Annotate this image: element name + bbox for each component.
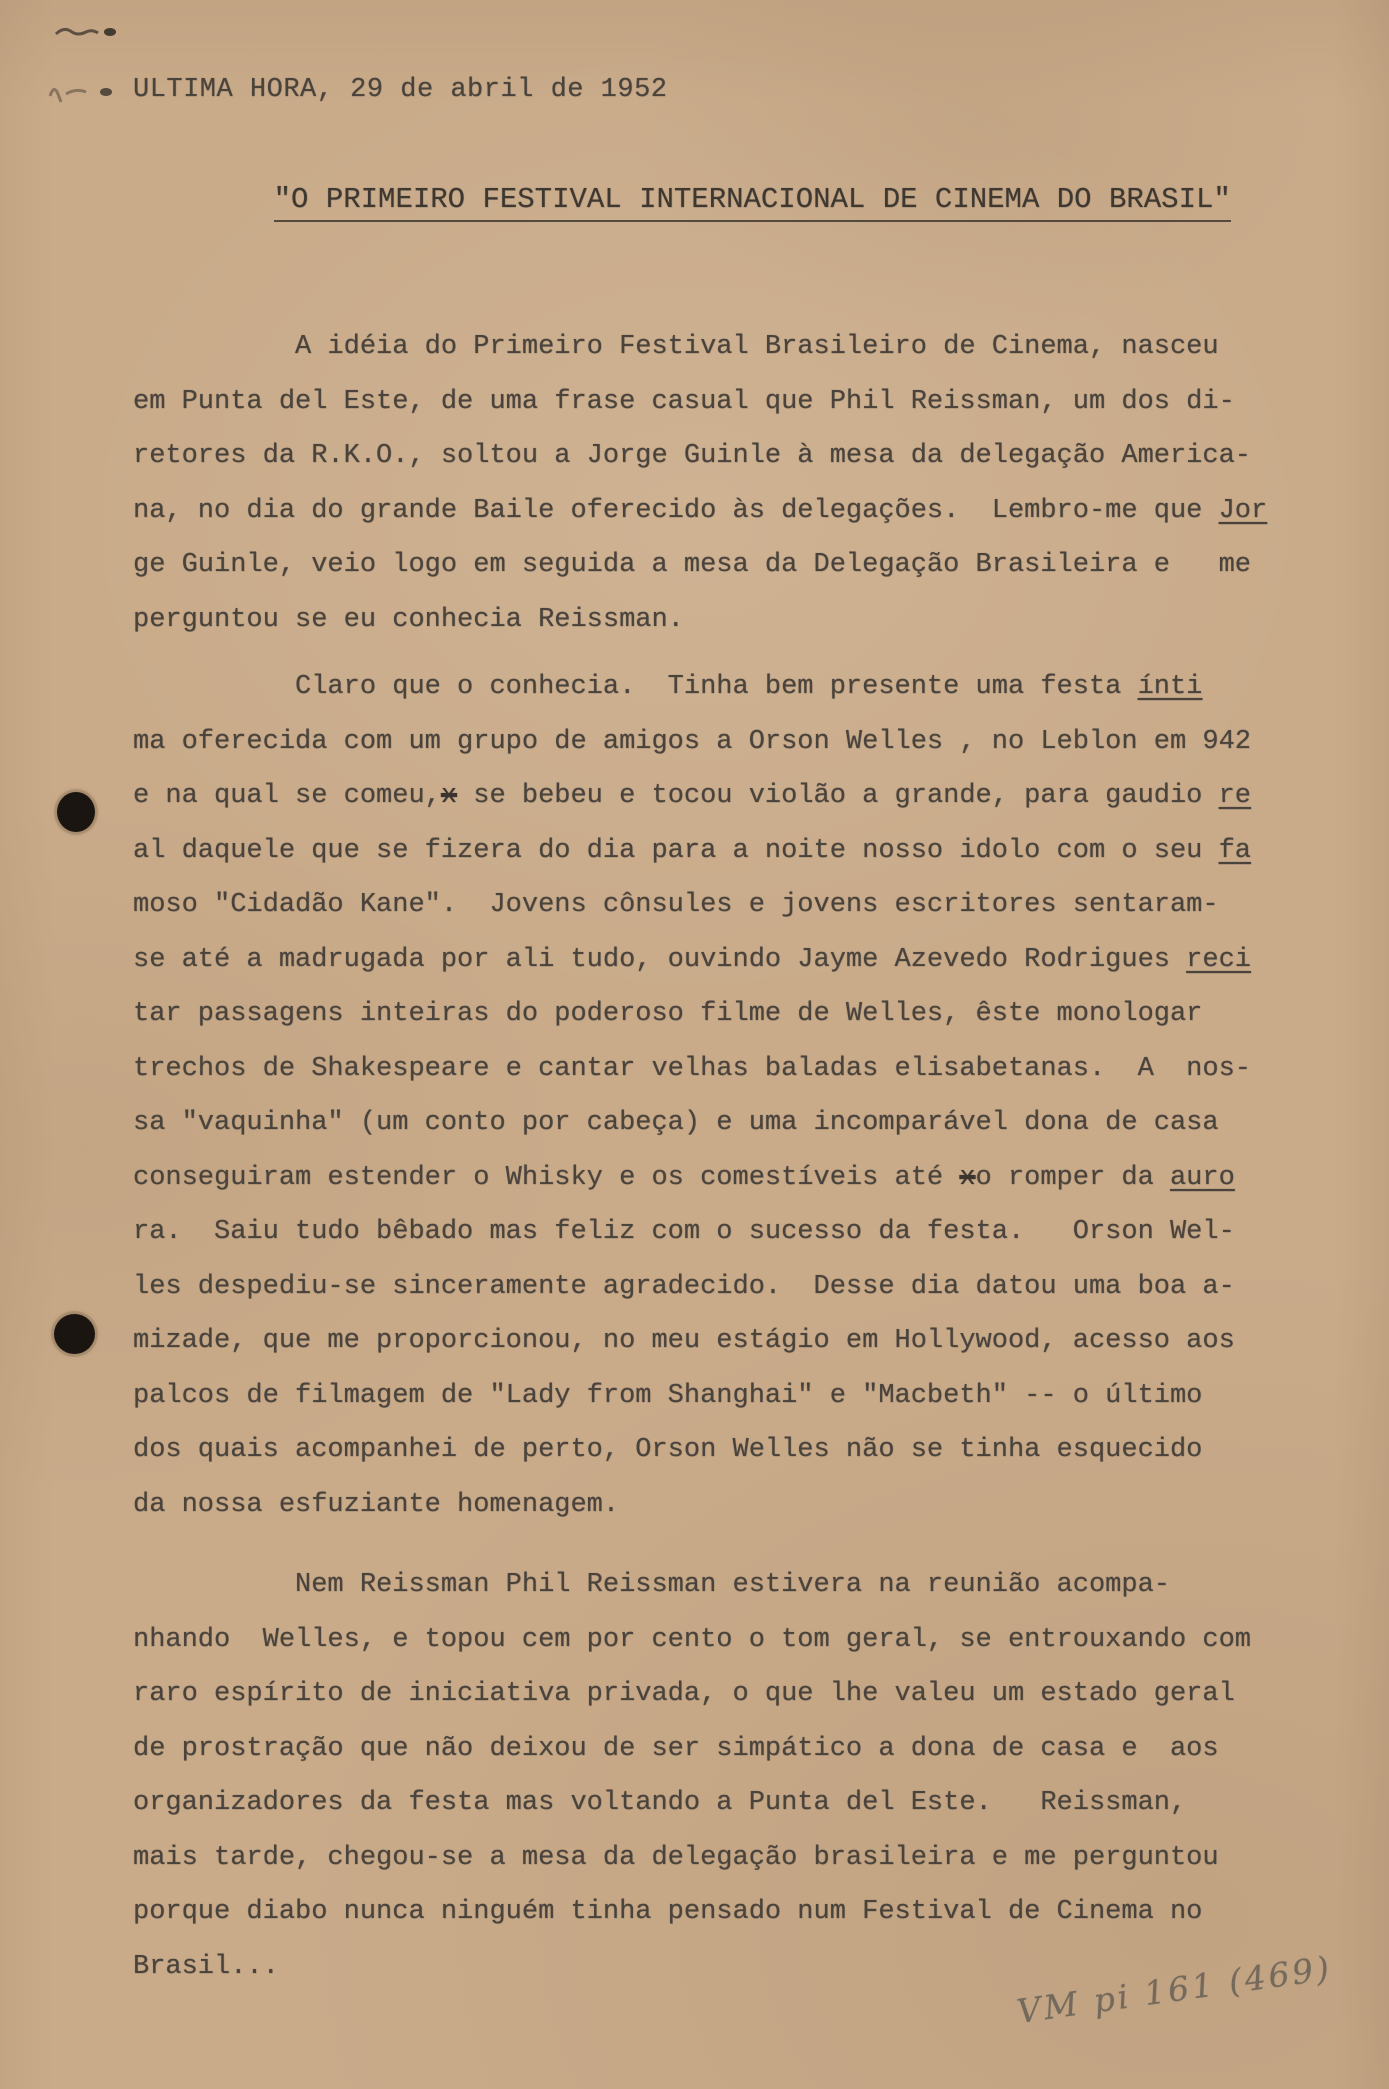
text-line: moso "Cidadão Kane". Jovens cônsules e j…: [133, 878, 1267, 933]
text-line: ma oferecida com um grupo de amigos a Or…: [133, 715, 1267, 770]
text-segment: Nem Reissman Phil Reissman estivera na r…: [133, 1570, 1170, 1600]
text-segment: tar passagens inteiras do poderoso filme…: [133, 999, 1202, 1029]
document-title: "O PRIMEIRO FESTIVAL INTERNACIONAL DE CI…: [204, 150, 1231, 249]
paragraph: Nem Reissman Phil Reissman estivera na r…: [133, 1558, 1267, 1994]
text-line: nhando Welles, e topou cem por cento o t…: [133, 1613, 1267, 1668]
text-line: se até a madrugada por ali tudo, ouvindo…: [133, 933, 1267, 988]
text-segment: de prostração que não deixou de ser simp…: [133, 1734, 1219, 1764]
text-line: raro espírito de iniciativa privada, o q…: [133, 1667, 1267, 1722]
document-title-text: "O PRIMEIRO FESTIVAL INTERNACIONAL DE CI…: [274, 183, 1231, 222]
text-segment: conseguiram estender o Whisky e os comes…: [133, 1163, 959, 1193]
text-segment: Claro que o conhecia. Tinha bem presente…: [133, 672, 1138, 702]
text-segment: sa "vaquinha" (um conto por cabeça) e um…: [133, 1108, 1219, 1138]
struck-segment: x: [959, 1163, 975, 1193]
text-segment: Brasil...: [133, 1952, 279, 1982]
text-line: les despediu-se sinceramente agradecido.…: [133, 1260, 1267, 1315]
text-line: Claro que o conhecia. Tinha bem presente…: [133, 660, 1267, 715]
text-segment: e na qual se comeu,: [133, 781, 441, 811]
text-segment: perguntou se eu conhecia Reissman.: [133, 605, 684, 635]
text-segment: dos quais acompanhei de perto, Orson Wel…: [133, 1435, 1202, 1465]
corner-scribble-top: [52, 18, 142, 58]
underlined-segment: reci: [1186, 945, 1251, 975]
text-line: al daquele que se fizera do dia para a n…: [133, 824, 1267, 879]
document-page: ULTIMA HORA, 29 de abril de 1952 "O PRIM…: [0, 0, 1389, 2089]
document-header: ULTIMA HORA, 29 de abril de 1952: [133, 75, 667, 105]
text-segment: mizade, que me proporcionou, no meu está…: [133, 1326, 1235, 1356]
text-segment: les despediu-se sinceramente agradecido.…: [133, 1272, 1235, 1302]
text-line: de prostração que não deixou de ser simp…: [133, 1722, 1267, 1777]
text-segment: se até a madrugada por ali tudo, ouvindo…: [133, 945, 1186, 975]
text-line: mais tarde, chegou-se a mesa da delegaçã…: [133, 1831, 1267, 1886]
document-body: A idéia do Primeiro Festival Brasileiro …: [133, 320, 1267, 1994]
text-segment: na, no dia do grande Baile oferecido às …: [133, 496, 1219, 526]
text-segment: se bebeu e tocou violão a grande, para g…: [457, 781, 1219, 811]
punch-hole-bottom: [54, 1314, 95, 1354]
text-line: conseguiram estender o Whisky e os comes…: [133, 1151, 1267, 1206]
underlined-segment: re: [1219, 781, 1251, 811]
text-segment: da nossa esfuziante homenagem.: [133, 1490, 619, 1520]
text-segment: em Punta del Este, de uma frase casual q…: [133, 387, 1235, 417]
text-segment: ma oferecida com um grupo de amigos a Or…: [133, 727, 1251, 757]
text-line: tar passagens inteiras do poderoso filme…: [133, 987, 1267, 1042]
text-line: A idéia do Primeiro Festival Brasileiro …: [133, 320, 1267, 375]
text-segment: ra. Saiu tudo bêbado mas feliz com o suc…: [133, 1217, 1235, 1247]
text-line: em Punta del Este, de uma frase casual q…: [133, 375, 1267, 430]
text-segment: retores da R.K.O., soltou a Jorge Guinle…: [133, 441, 1251, 471]
text-line: e na qual se comeu,x se bebeu e tocou vi…: [133, 769, 1267, 824]
underlined-segment: auro: [1170, 1163, 1235, 1193]
paragraph: Claro que o conhecia. Tinha bem presente…: [133, 660, 1267, 1532]
punch-hole-top: [57, 792, 95, 832]
text-segment: porque diabo nunca ninguém tinha pensado…: [133, 1897, 1202, 1927]
text-segment: ge Guinle, veio logo em seguida a mesa d…: [133, 550, 1251, 580]
text-line: sa "vaquinha" (um conto por cabeça) e um…: [133, 1096, 1267, 1151]
text-segment: al daquele que se fizera do dia para a n…: [133, 836, 1219, 866]
text-line: ge Guinle, veio logo em seguida a mesa d…: [133, 538, 1267, 593]
text-segment: A idéia do Primeiro Festival Brasileiro …: [133, 332, 1219, 362]
text-line: na, no dia do grande Baile oferecido às …: [133, 484, 1267, 539]
text-line: dos quais acompanhei de perto, Orson Wel…: [133, 1423, 1267, 1478]
text-line: retores da R.K.O., soltou a Jorge Guinle…: [133, 429, 1267, 484]
text-line: perguntou se eu conhecia Reissman.: [133, 593, 1267, 648]
text-line: palcos de filmagem de "Lady from Shangha…: [133, 1369, 1267, 1424]
text-segment: o romper da: [976, 1163, 1170, 1193]
text-segment: moso "Cidadão Kane". Jovens cônsules e j…: [133, 890, 1219, 920]
text-line: Nem Reissman Phil Reissman estivera na r…: [133, 1558, 1267, 1613]
text-segment: nhando Welles, e topou cem por cento o t…: [133, 1625, 1251, 1655]
text-line: organizadores da festa mas voltando a Pu…: [133, 1776, 1267, 1831]
text-segment: organizadores da festa mas voltando a Pu…: [133, 1788, 1186, 1818]
text-line: da nossa esfuziante homenagem.: [133, 1478, 1267, 1533]
paragraph: A idéia do Primeiro Festival Brasileiro …: [133, 320, 1267, 647]
text-segment: palcos de filmagem de "Lady from Shangha…: [133, 1381, 1202, 1411]
struck-segment: x: [441, 781, 457, 811]
text-segment: trechos de Shakespeare e cantar velhas b…: [133, 1054, 1251, 1084]
text-line: mizade, que me proporcionou, no meu está…: [133, 1314, 1267, 1369]
underlined-segment: ínti: [1138, 672, 1203, 702]
underlined-segment: fa: [1219, 836, 1251, 866]
text-segment: mais tarde, chegou-se a mesa da delegaçã…: [133, 1843, 1219, 1873]
text-line: ra. Saiu tudo bêbado mas feliz com o suc…: [133, 1205, 1267, 1260]
underlined-segment: Jor: [1219, 496, 1268, 526]
text-segment: raro espírito de iniciativa privada, o q…: [133, 1679, 1235, 1709]
text-line: porque diabo nunca ninguém tinha pensado…: [133, 1885, 1267, 1940]
text-line: trechos de Shakespeare e cantar velhas b…: [133, 1042, 1267, 1097]
